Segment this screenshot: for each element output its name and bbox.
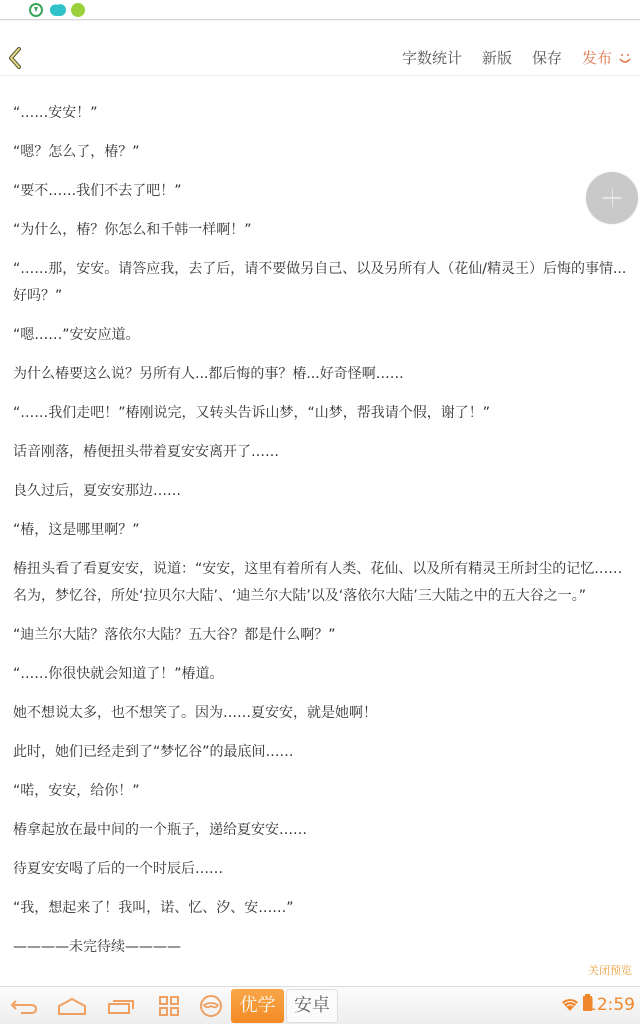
system-nav-bar: 优学 安卓 12:59 bbox=[0, 986, 640, 1024]
paragraph: 待夏安安喝了后的一个时辰后…… bbox=[13, 856, 635, 883]
nav-mask-button[interactable] bbox=[198, 993, 224, 1019]
save-button[interactable]: 保存 bbox=[532, 47, 562, 69]
mask-icon bbox=[199, 994, 223, 1018]
toolbar-actions: 字数统计 新版 保存 发布 bbox=[402, 47, 640, 69]
word-count-button[interactable]: 字数统计 bbox=[402, 47, 462, 69]
paragraph: “……你很快就会知道了！”椿道。 bbox=[13, 661, 635, 688]
apps-grid-icon bbox=[158, 995, 180, 1017]
clock: 12:59 bbox=[586, 993, 635, 1017]
paragraph: “迪兰尔大陆？落依尔大陆？五大谷？都是什么啊？” bbox=[13, 622, 635, 649]
editor-toolbar: 字数统计 新版 保存 发布 bbox=[0, 21, 640, 76]
nav-home-button[interactable] bbox=[56, 993, 88, 1019]
paragraph: “嗯……”安安应道。 bbox=[13, 322, 635, 349]
chat-icon bbox=[50, 4, 66, 16]
paragraph: 椿拿起放在最中间的一个瓶子，递给夏安安…… bbox=[13, 817, 635, 844]
paragraph: 她不想说太多，也不想笑了。因为……夏安安，就是她啊！ bbox=[13, 700, 635, 727]
paragraph: “……那，安安。请答应我，去了后，请不要做另自己、以及另所有人（花仙/精灵王）后… bbox=[13, 256, 635, 310]
paragraph: “喏，安安，给你！” bbox=[13, 778, 635, 805]
smile-icon bbox=[618, 51, 632, 65]
paragraph: “……安安！” bbox=[13, 100, 635, 127]
back-button[interactable] bbox=[4, 45, 28, 71]
paragraph: 话音刚落，椿便扭头带着夏安安离开了…… bbox=[13, 439, 635, 466]
back-icon bbox=[9, 996, 39, 1016]
nav-back-button[interactable] bbox=[8, 993, 40, 1019]
paragraph: “我，想起来了！我叫，诺、忆、汐、安……” bbox=[13, 895, 635, 922]
chevron-left-icon bbox=[4, 45, 28, 71]
paragraph: 椿扭头看了看夏安安，说道：“安安，这里有着所有人类、花仙、以及所有精灵王所封尘的… bbox=[13, 556, 635, 610]
new-version-button[interactable]: 新版 bbox=[482, 47, 512, 69]
wifi-icon bbox=[561, 998, 579, 1012]
paragraph: 良久过后，夏安安那边…… bbox=[13, 478, 635, 505]
nav-apps-button[interactable] bbox=[156, 993, 182, 1019]
paragraph: “……我们走吧！”椿刚说完，又转头告诉山梦，“山梦，帮我请个假，谢了！” bbox=[13, 400, 635, 427]
youxue-mode-button[interactable]: 优学 bbox=[231, 989, 284, 1023]
paragraph: 此时，她们已经走到了“梦忆谷”的最底间…… bbox=[13, 739, 635, 766]
android-mode-button[interactable]: 安卓 bbox=[286, 989, 338, 1023]
paragraph: “椿，这是哪里啊？” bbox=[13, 517, 635, 544]
paragraph: “嗯？怎么了，椿？” bbox=[13, 139, 635, 166]
paragraph: “要不……我们不去了吧！” bbox=[13, 178, 635, 205]
paragraph: “为什么，椿？你怎么和千韩一样啊！” bbox=[13, 217, 635, 244]
publish-button[interactable]: 发布 bbox=[582, 47, 612, 69]
nav-recent-apps-button[interactable] bbox=[105, 993, 137, 1019]
notification-bar bbox=[0, 0, 640, 20]
recent-apps-icon bbox=[106, 996, 136, 1016]
paragraph: 为什么椿要这么说？另所有人...都后悔的事？椿...好奇怪啊…… bbox=[13, 361, 635, 388]
app-icon bbox=[71, 3, 85, 17]
home-icon bbox=[57, 996, 87, 1016]
close-preview-link[interactable]: 关闭预览 bbox=[588, 962, 632, 978]
download-icon bbox=[29, 3, 43, 17]
add-button[interactable] bbox=[586, 172, 638, 224]
to-be-continued: ————未完待续———— bbox=[13, 934, 635, 961]
article-preview: “嗯嗯，好啊，椿，你可以带我去吗？ “……安安！” “嗯？怎么了，椿？” “要不… bbox=[13, 60, 635, 973]
